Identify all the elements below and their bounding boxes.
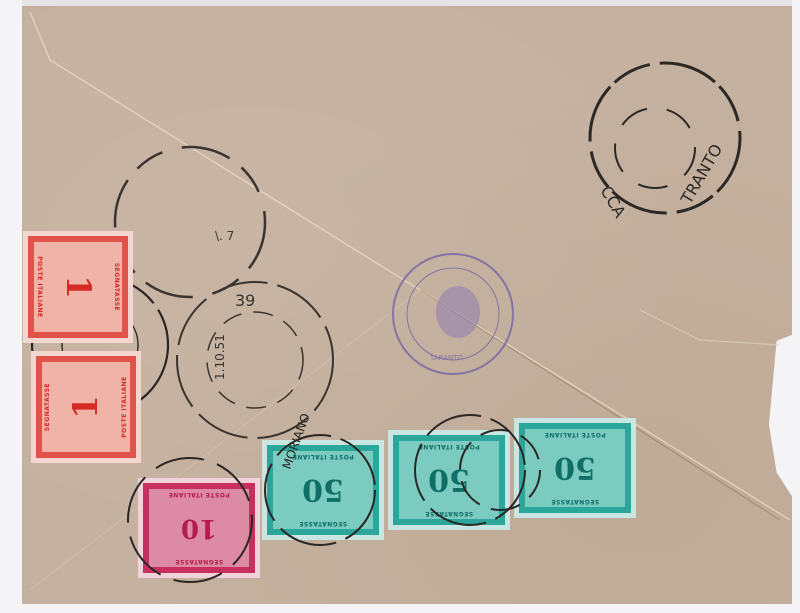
stamp-value: 50: [302, 473, 344, 508]
stamp-type: SEGNATASSE: [113, 242, 120, 332]
stamp-50-lire: 50 SEGNATASSE POSTE ITALIANE: [262, 440, 384, 540]
stamp-10-lire: 10 SEGNATASSE POSTE ITALIANE: [138, 478, 260, 578]
stamp-value: 1: [66, 395, 106, 419]
stamp-issuer: POSTE ITALIANE: [36, 242, 43, 332]
postmark-firenze-lucca-pisa: 39 1.10.51: [177, 282, 333, 438]
stamp-type: SEGNATASSE: [525, 498, 625, 505]
postmark-taranto: CCA TRANTO: [590, 63, 740, 221]
stamp-50-lire: 50 SEGNATASSE POSTE ITALIANE: [514, 418, 636, 518]
stamp-issuer: POSTE ITALIANE: [121, 362, 128, 452]
stamp-value: 1: [58, 275, 98, 299]
stamp-50-lire: 50 SEGNATASSE POSTE ITALIANE: [388, 430, 510, 530]
stamp-issuer: POSTE ITALIANE: [399, 443, 499, 450]
svg-text:39: 39: [235, 291, 255, 310]
stamp-value: 10: [181, 513, 217, 543]
stamp-type: SEGNATASSE: [149, 558, 249, 565]
stamp-1-lira: 1 SEGNATASSE POSTE ITALIANE: [23, 231, 133, 343]
svg-text:TARANTO: TARANTO: [429, 354, 463, 362]
stamp-issuer: POSTE ITALIANE: [525, 431, 625, 438]
stamp-type: SEGNATASSE: [273, 520, 373, 527]
svg-text:CCA: CCA: [597, 183, 630, 221]
stamp-1-lira: 1 SEGNATASSE POSTE ITALIANE: [31, 351, 141, 463]
stamp-value: 50: [554, 451, 596, 486]
postmark-upper-left: \. 7: [115, 147, 265, 297]
svg-text:\. 7: \. 7: [215, 229, 234, 243]
stamp-issuer: POSTE ITALIANE: [273, 453, 373, 460]
postmark-violet-seal: TARANTO: [393, 254, 513, 374]
svg-text:1.10.51: 1.10.51: [213, 334, 227, 380]
stamp-type: SEGNATASSE: [399, 510, 499, 517]
stamp-type: SEGNATASSE: [44, 362, 51, 452]
stamp-value: 50: [428, 463, 470, 498]
stamp-issuer: POSTE ITALIANE: [149, 491, 249, 498]
